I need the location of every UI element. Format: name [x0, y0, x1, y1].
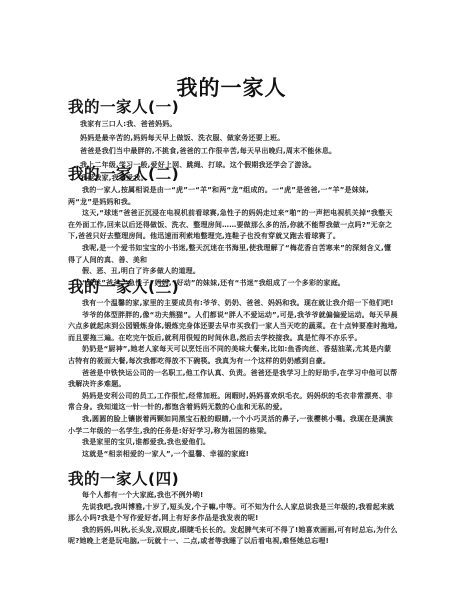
section-heading: 我的一家人(一): [68, 98, 398, 116]
paragraph: 每个人都有一个大家庭,我也不例外哟!: [68, 490, 398, 502]
paragraph: 我有一个温馨的家,家里的主要成员有:爷爷、奶奶、爸爸、妈妈和我。现在就让我介绍一…: [68, 298, 398, 310]
paragraph: 爷爷的体型胖胖的,像“功夫熊猫”。人们都说“胖人不爱运动”,可是,我爷爷就偏偏爱…: [68, 310, 398, 345]
paragraph: 我呢,是一个爱书如宝宝的小书迷,整天沉迷在书海里,使我理解了“梅花香自苦寒来”的…: [68, 243, 398, 266]
paragraph: 爸爸是中铁快运公司的一名职工,他工作认真、负责。爸爸还是我学习上的好助手,在学习…: [68, 368, 398, 391]
section-heading: 我的一家人(三): [68, 278, 398, 296]
paragraph: 假、恶、丑,明白了许多做人的道理。: [68, 266, 398, 278]
paragraph: 这天,“球迷”爸爸正沉浸在电视机前看球赛,急性子的妈妈走过来“啪”的一声把电视机…: [68, 208, 398, 243]
paragraph: 我,圆圆的脸上镶嵌着两颗如同黑宝石般的眼睛,一个小巧灵活的鼻子,一张樱桃小嘴。我…: [68, 414, 398, 437]
section-4: 我的一家人(四) 每个人都有一个大家庭,我也不例外哟! 先说我吧,我叫博雅,十岁…: [68, 470, 398, 548]
section-heading: 我的一家人(二): [68, 165, 398, 183]
section-2: 我的一家人(二) 我的一家人,按属相说是由一“虎”一“羊”和两“龙”组成的。一“…: [68, 165, 398, 289]
paragraph: 我是家里的宝贝,谁都爱我,我也爱他们。: [68, 437, 398, 449]
paragraph: 妈妈是安利公司的员工,工作很忙,经常加班。闲暇时,妈妈喜欢织毛衣。妈妈织的毛衣非…: [68, 391, 398, 414]
document-page: 我的一家人 我的一家人(一) 我家有三口人:我、爸爸妈妈。 妈妈是最辛苦的,妈妈…: [0, 0, 463, 600]
paragraph: 我的妈妈,叫秋,长头发,双眼皮,眼睫毛长长的。发起脾气来可不得了!她喜欢画画,可…: [68, 525, 398, 548]
section-3: 我的一家人(三) 我有一个温馨的家,家里的主要成员有:爷爷、奶奶、爸爸、妈妈和我…: [68, 278, 398, 460]
paragraph: 先说我吧,我叫博雅,十岁了,短头发,个子嘛,中等。可不知为什么人家总说我是三年级…: [68, 502, 398, 525]
paragraph: 妈妈是最辛苦的,妈妈每天早上做饭、洗衣服、做家务还要上班。: [68, 132, 398, 146]
paragraph: 这就是“相亲相爱的一家人”,一个温馨、幸福的家庭!: [68, 449, 398, 461]
paragraph: 我的一家人,按属相说是由一“虎”一“羊”和两“龙”组成的。一“虎”是爸爸,一“羊…: [68, 185, 398, 208]
paragraph: 奶奶是“厨神”,她老人家每天可以烹饪出不同的美味大餐来,比如:鱼香肉丝、香菇油菜…: [68, 344, 398, 367]
paragraph: 我家有三口人:我、爸爸妈妈。: [68, 118, 398, 132]
section-heading: 我的一家人(四): [68, 470, 398, 488]
paragraph: 爸爸是我们当中最胖的,不挑食,爸爸的工作很辛苦,每天早出晚归,周末不能休息。: [68, 145, 398, 159]
